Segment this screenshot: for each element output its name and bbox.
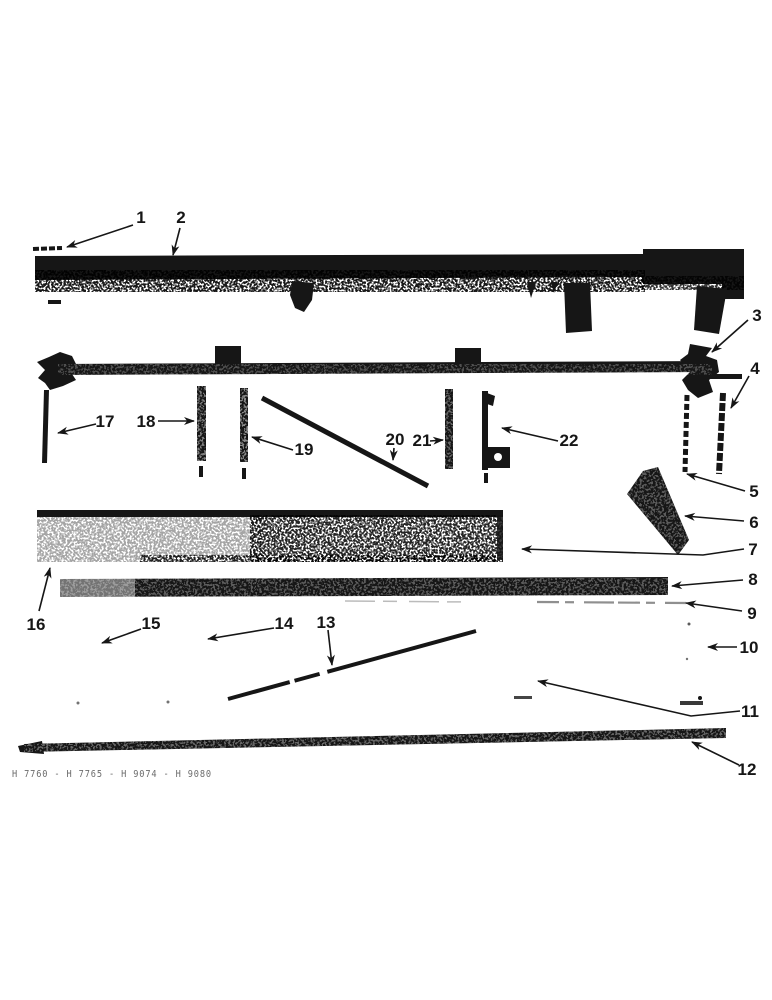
callout-label-18: 18 [137, 412, 156, 431]
part-7-wide-bar [37, 510, 503, 562]
part-21-section [445, 389, 453, 469]
leader-line-21 [430, 440, 443, 441]
callout-label-1: 1 [136, 208, 145, 227]
small-fragment [48, 300, 61, 304]
bar-right-edge [497, 511, 503, 560]
callout-label-22: 22 [560, 431, 579, 450]
ragged-edge-texture [640, 276, 744, 290]
callout-label-15: 15 [142, 614, 161, 633]
section-tick [242, 468, 246, 479]
callout-label-3: 3 [752, 306, 761, 325]
callout-label-11: 11 [741, 702, 759, 721]
parts-diagram-figure: 1 2 3 4 5 6 7 8 9 10 11 12 [0, 0, 772, 1000]
callout-label-17: 17 [96, 412, 115, 431]
bar-texture [60, 578, 668, 597]
guide-block [215, 346, 241, 364]
callout-label-7: 7 [748, 540, 757, 559]
callout-label-20: 20 [386, 430, 405, 449]
leader-line-20 [393, 448, 394, 460]
callout-label-14: 14 [275, 614, 294, 633]
callout-label-5: 5 [749, 482, 758, 501]
callout-label-6: 6 [749, 513, 758, 532]
bar-texture-dense [250, 515, 503, 562]
clip-hole [494, 453, 502, 461]
callout-label-9: 9 [747, 604, 756, 623]
part-8-bar [60, 577, 668, 597]
section-tick [199, 466, 203, 477]
callout-label-2: 2 [176, 208, 185, 227]
callout-label-4: 4 [750, 359, 760, 378]
scanned-page: 1 2 3 4 5 6 7 8 9 10 11 12 [0, 0, 772, 1000]
callout-label-19: 19 [295, 440, 314, 459]
guide-block [455, 348, 481, 364]
footer-reference-code: H 7760 - H 7765 - H 9074 - H 9080 [12, 769, 212, 780]
bar-texture [58, 364, 712, 375]
part-5-section [685, 395, 687, 472]
callout-label-12: 12 [738, 760, 757, 779]
section-tick [484, 473, 488, 483]
callout-label-13: 13 [317, 613, 336, 632]
callout-label-21: 21 [413, 431, 432, 450]
bar-bottom-edge [140, 555, 500, 562]
callout-label-16: 16 [27, 615, 46, 634]
support-leg [564, 283, 592, 333]
callout-label-8: 8 [748, 570, 757, 589]
callout-label-10: 10 [740, 638, 759, 657]
